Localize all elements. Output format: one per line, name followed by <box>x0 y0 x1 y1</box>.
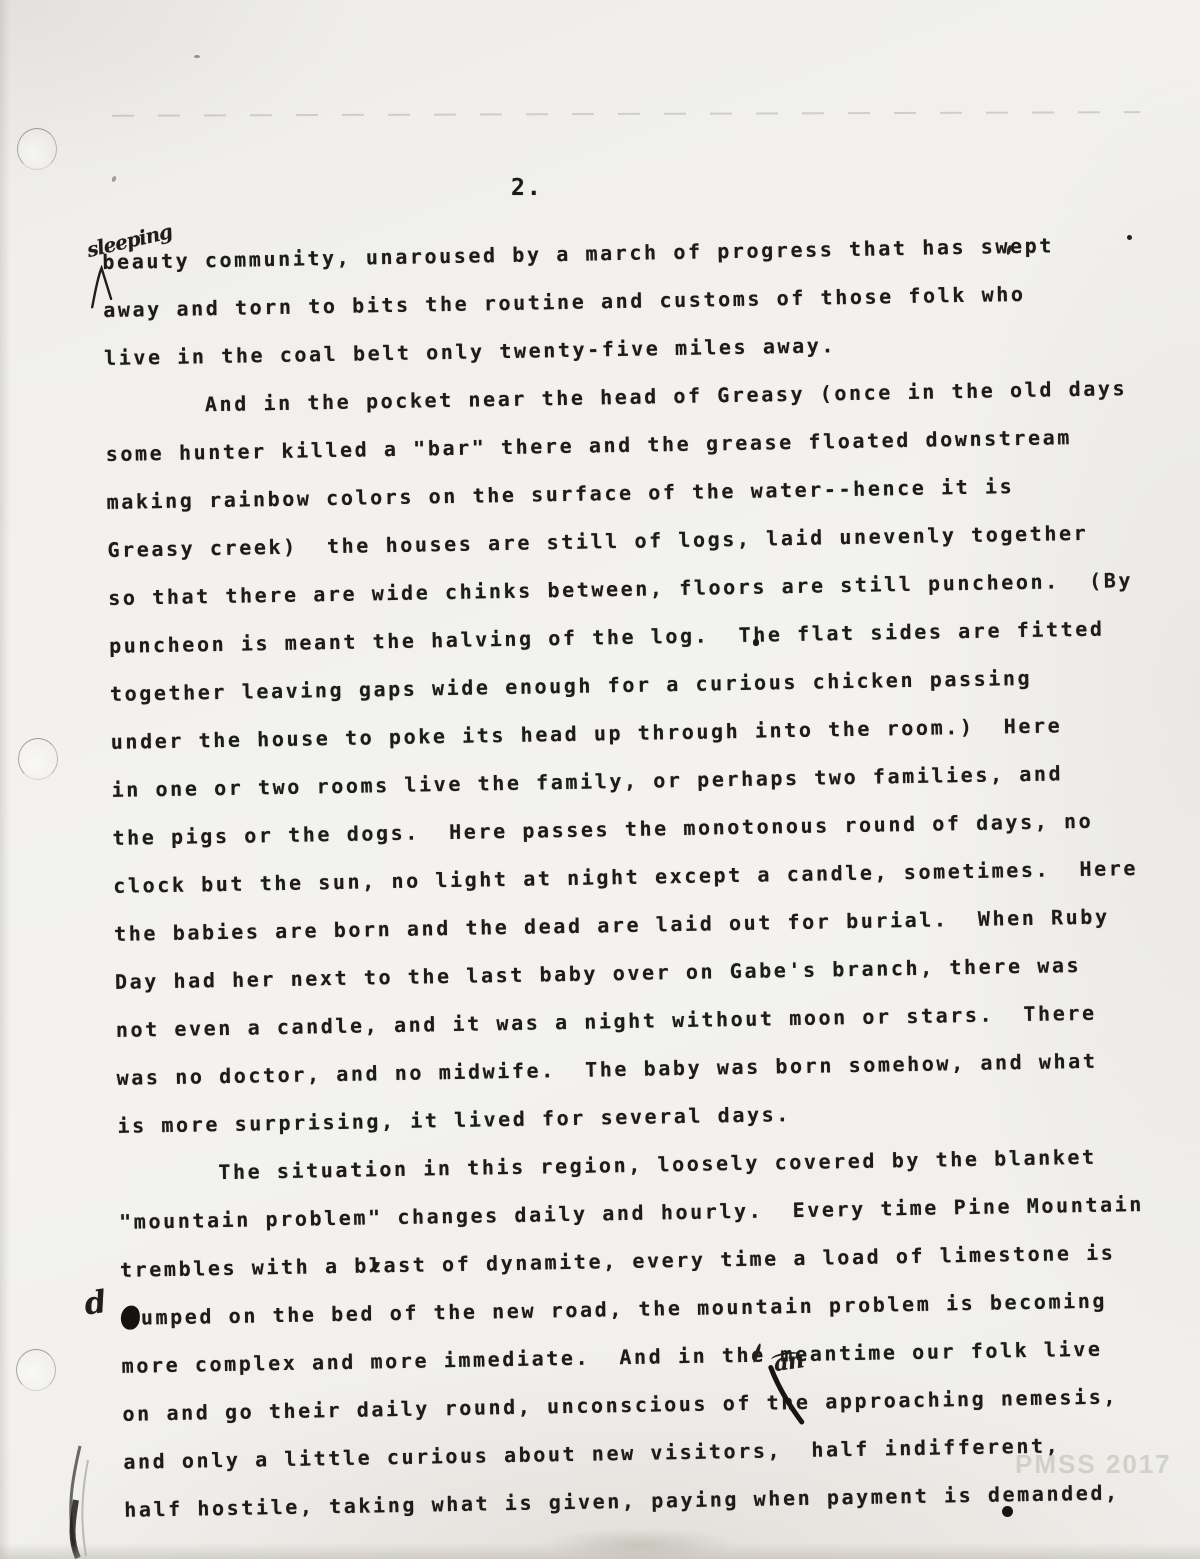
struck-word: thean <box>766 1378 811 1427</box>
ink-speck <box>194 55 200 58</box>
punch-hole-middle <box>18 738 58 780</box>
paper-crease <box>36 1440 126 1559</box>
ink-speck <box>753 639 759 646</box>
scanned-typescript-page: 2. sleepingbeauty community, unaroused b… <box>0 0 1200 1559</box>
punch-hole-top <box>17 128 57 170</box>
archive-watermark: PMSS 2017 <box>1015 1449 1172 1480</box>
handwritten-replacement-word: an <box>772 1348 805 1375</box>
line-text: "mountain problem" <box>119 1205 383 1234</box>
page-left-edge-shadow <box>0 0 10 1559</box>
typescript-body: sleepingbeauty community, unaroused by a… <box>102 219 1194 1533</box>
line-text: changes daily and hourly. Every time Pin… <box>382 1192 1144 1229</box>
page-number: 2. <box>511 175 543 201</box>
line-text: on and go their daily round, unconscious… <box>122 1391 767 1426</box>
ink-blot-icon <box>121 1306 140 1330</box>
line-text: beauty community, unaroused by a march o… <box>102 233 1054 274</box>
ink-speck <box>111 175 117 182</box>
bottom-smudge <box>540 1528 740 1559</box>
punch-hole-bottom <box>16 1349 56 1391</box>
handwritten-margin-letter: d <box>83 1287 108 1321</box>
line-text: approaching nemesis, <box>810 1384 1118 1413</box>
line-text: umped on the bed of the new road, the mo… <box>141 1289 1108 1330</box>
ink-speck <box>1127 235 1132 240</box>
pencil-line <box>88 111 1140 117</box>
ink-blob-after-payment <box>1002 1506 1013 1517</box>
